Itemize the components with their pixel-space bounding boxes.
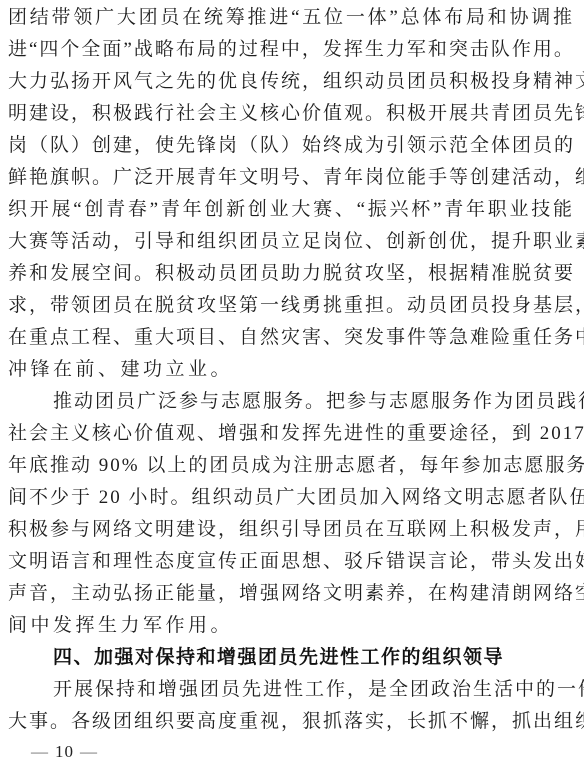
body-line: 大事。各级团组织要高度重视，狠抓落实，长抓不懈，抓出组织 [8,706,574,738]
document-page: 团结带领广大团员在统筹推进“五位一体”总体布局和协调推 进“四个全面”战略布局的… [0,0,584,769]
paragraph-last-line: 间中发挥生力军作用。 [8,610,574,642]
text-column: 团结带领广大团员在统筹推进“五位一体”总体布局和协调推 进“四个全面”战略布局的… [8,2,574,738]
body-line: 间不少于 20 小时。组织动员广大团员加入网络文明志愿者队伍， [8,482,574,514]
body-line: 文明语言和理性态度宣传正面思想、驳斥错误言论，带头发出好 [8,546,574,578]
section-heading: 四、加强对保持和增强团员先进性工作的组织领导 [8,642,574,674]
body-line: 进“四个全面”战略布局的过程中，发挥生力军和突击队作用。 [8,34,574,66]
paragraph-last-line: 冲锋在前、建功立业。 [8,354,574,386]
paragraph-first-line: 开展保持和增强团员先进性工作，是全团政治生活中的一件 [8,674,574,706]
body-line: 年底推动 90% 以上的团员成为注册志愿者，每年参加志愿服务时 [8,450,574,482]
body-line: 声音，主动弘扬正能量，增强网络文明素养，在构建清朗网络空 [8,578,574,610]
body-line: 团结带领广大团员在统筹推进“五位一体”总体布局和协调推 [8,2,574,34]
body-line: 在重点工程、重大项目、自然灾害、突发事件等急难险重任务中 [8,322,574,354]
body-line: 大力弘扬开风气之先的优良传统，组织动员团员积极投身精神文 [8,66,574,98]
footer-dash-left: — [25,742,55,761]
paragraph-first-line: 推动团员广泛参与志愿服务。把参与志愿服务作为团员践行 [8,386,574,418]
body-line: 织开展“创青春”青年创新创业大赛、“振兴杯”青年职业技能 [8,194,574,226]
body-line: 求，带领团员在脱贫攻坚第一线勇挑重担。动员团员投身基层， [8,290,574,322]
body-line: 大赛等活动，引导和组织团员立足岗位、创新创优，提升职业素 [8,226,574,258]
body-line: 养和发展空间。积极动员团员助力脱贫攻坚，根据精准脱贫要 [8,258,574,290]
body-line: 明建设，积极践行社会主义核心价值观。积极开展共青团员先锋 [8,98,574,130]
body-line: 鲜艳旗帜。广泛开展青年文明号、青年岗位能手等创建活动，组 [8,162,574,194]
page-number: 10 [55,742,74,761]
body-line: 积极参与网络文明建设，组织引导团员在互联网上积极发声，用 [8,514,574,546]
page-footer: —10— [25,742,104,762]
body-line: 社会主义核心价值观、增强和发挥先进性的重要途径，到 2017 [8,418,574,450]
footer-dash-right: — [74,742,104,761]
body-line: 岗（队）创建，使先锋岗（队）始终成为引领示范全体团员的 [8,130,574,162]
